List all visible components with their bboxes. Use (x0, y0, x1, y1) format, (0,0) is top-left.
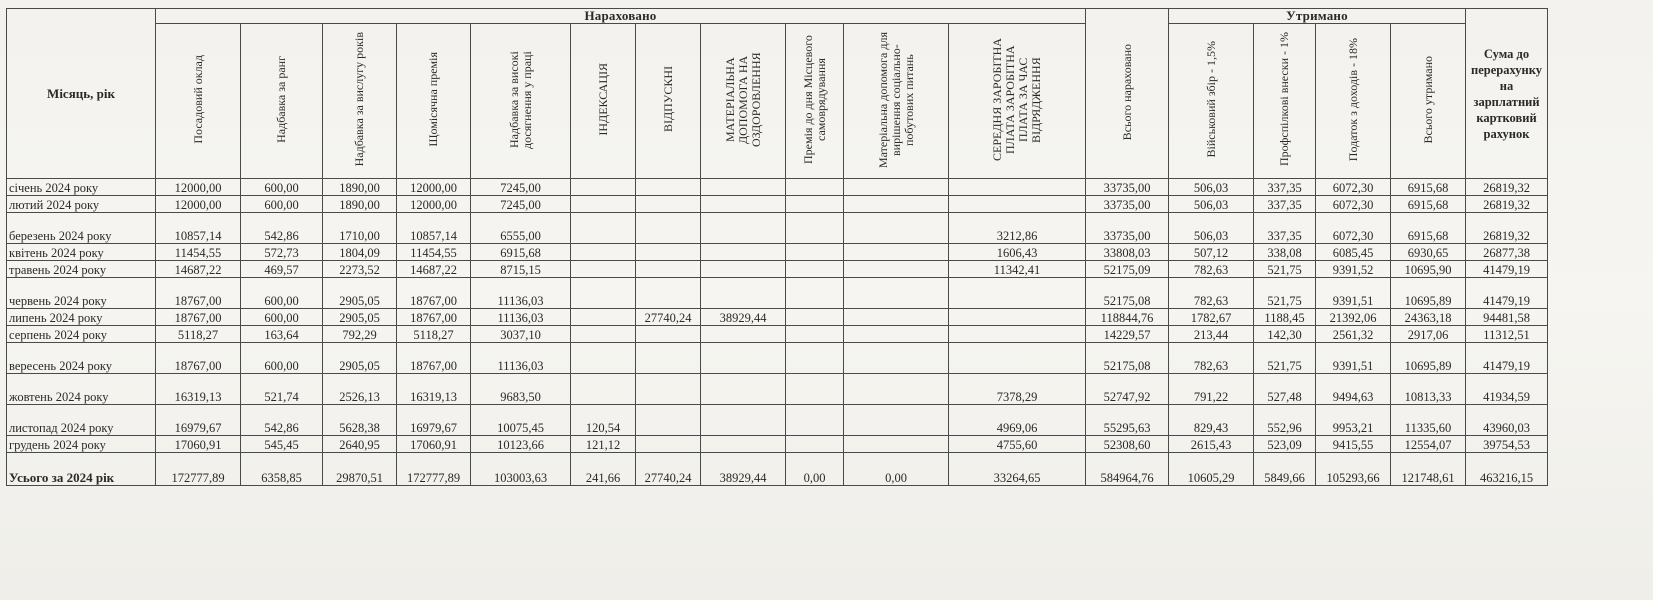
table-cell: 6072,30 (1316, 179, 1391, 196)
header-high-achievement-bonus: Надбавка за високі досягнення у праці (471, 24, 571, 179)
table-cell (844, 179, 949, 196)
table-cell: 33808,03 (1086, 244, 1169, 261)
header-group-accrued: Нараховано (156, 9, 1086, 24)
header-net-to-card: Сума до перерахунку на зарплатний картко… (1466, 9, 1548, 179)
table-cell: 8715,15 (471, 261, 571, 278)
table-cell: 2905,05 (323, 309, 397, 326)
table-cell: 2905,05 (323, 343, 397, 374)
total-cell: 0,00 (844, 453, 949, 486)
table-cell: 5628,38 (323, 405, 397, 436)
table-cell: 6915,68 (1391, 196, 1466, 213)
table-cell (571, 343, 636, 374)
header-union-dues: Профспілкові внески - 1% (1254, 24, 1316, 179)
table-cell: 600,00 (241, 278, 323, 309)
table-cell (701, 179, 786, 196)
table-cell (786, 374, 844, 405)
table-cell (844, 309, 949, 326)
total-cell: 5849,66 (1254, 453, 1316, 486)
table-cell: 782,63 (1169, 261, 1254, 278)
table-cell: 11454,55 (156, 244, 241, 261)
table-cell (636, 244, 701, 261)
table-cell (786, 179, 844, 196)
table-cell (786, 326, 844, 343)
table-cell: 27740,24 (636, 309, 701, 326)
table-cell (844, 278, 949, 309)
table-cell: 10123,66 (471, 436, 571, 453)
total-cell: 172777,89 (397, 453, 471, 486)
table-cell: 521,75 (1254, 343, 1316, 374)
table-cell (786, 436, 844, 453)
total-cell: 463216,15 (1466, 453, 1548, 486)
table-cell: 18767,00 (156, 309, 241, 326)
table-cell: 6072,30 (1316, 213, 1391, 244)
table-cell: 10695,89 (1391, 343, 1466, 374)
table-cell (571, 261, 636, 278)
table-cell: 10813,33 (1391, 374, 1466, 405)
table-cell: 9391,51 (1316, 278, 1391, 309)
table-cell (636, 436, 701, 453)
table-cell: 6072,30 (1316, 196, 1391, 213)
table-cell: 121,12 (571, 436, 636, 453)
table-cell: 213,44 (1169, 326, 1254, 343)
table-cell: 469,57 (241, 261, 323, 278)
table-cell: 523,09 (1254, 436, 1316, 453)
table-row: квітень 2024 року11454,55572,731804,0911… (7, 244, 1548, 261)
table-cell (786, 278, 844, 309)
table-cell: 507,12 (1169, 244, 1254, 261)
table-cell (636, 374, 701, 405)
table-row: травень 2024 року14687,22469,572273,5214… (7, 261, 1548, 278)
table-cell (701, 244, 786, 261)
table-cell (786, 261, 844, 278)
table-cell (701, 326, 786, 343)
table-cell: 18767,00 (156, 278, 241, 309)
row-month-label: липень 2024 року (7, 309, 156, 326)
row-month-label: листопад 2024 року (7, 405, 156, 436)
table-cell: 2615,43 (1169, 436, 1254, 453)
table-row: вересень 2024 року18767,00600,002905,051… (7, 343, 1548, 374)
table-cell: 24363,18 (1391, 309, 1466, 326)
table-cell: 6915,68 (1391, 213, 1466, 244)
table-cell: 542,86 (241, 213, 323, 244)
table-cell (844, 244, 949, 261)
table-cell (844, 326, 949, 343)
row-month-label: лютий 2024 року (7, 196, 156, 213)
total-row: Усього за 2024 рік172777,896358,8529870,… (7, 453, 1548, 486)
table-cell: 52175,08 (1086, 343, 1169, 374)
table-cell: 142,30 (1254, 326, 1316, 343)
header-total-withheld: Всього утримано (1391, 24, 1466, 179)
table-cell (786, 343, 844, 374)
table-cell (949, 309, 1086, 326)
header-social-aid: Матеріальна допомога для вирішення соціа… (844, 24, 949, 179)
table-cell: 33735,00 (1086, 196, 1169, 213)
table-cell (844, 196, 949, 213)
table-row: грудень 2024 року17060,91545,452640,9517… (7, 436, 1548, 453)
row-month-label: серпень 2024 року (7, 326, 156, 343)
table-cell: 1890,00 (323, 179, 397, 196)
row-month-label: березень 2024 року (7, 213, 156, 244)
table-cell: 33735,00 (1086, 213, 1169, 244)
total-cell: 121748,61 (1391, 453, 1466, 486)
total-cell: 103003,63 (471, 453, 571, 486)
table-cell: 1782,67 (1169, 309, 1254, 326)
table-cell: 521,74 (241, 374, 323, 405)
table-cell (786, 405, 844, 436)
table-cell (949, 179, 1086, 196)
table-cell: 94481,58 (1466, 309, 1548, 326)
table-cell (571, 196, 636, 213)
table-cell: 16979,67 (397, 405, 471, 436)
header-income-tax: Податок з доходів - 18% (1316, 24, 1391, 179)
table-cell: 11136,03 (471, 309, 571, 326)
table-cell: 118844,76 (1086, 309, 1169, 326)
table-cell: 11335,60 (1391, 405, 1466, 436)
table-cell: 38929,44 (701, 309, 786, 326)
table-cell (636, 213, 701, 244)
table-cell: 791,22 (1169, 374, 1254, 405)
payroll-table-body: січень 2024 року12000,00600,001890,00120… (7, 179, 1548, 486)
table-cell (701, 261, 786, 278)
table-cell: 163,64 (241, 326, 323, 343)
table-cell: 4969,06 (949, 405, 1086, 436)
table-row: червень 2024 року18767,00600,002905,0518… (7, 278, 1548, 309)
row-month-label: квітень 2024 року (7, 244, 156, 261)
table-cell (949, 196, 1086, 213)
total-cell: 27740,24 (636, 453, 701, 486)
table-cell: 6915,68 (1391, 179, 1466, 196)
payroll-table: Місяць, рік Нараховано Всього нараховано… (6, 8, 1548, 486)
table-cell: 14229,57 (1086, 326, 1169, 343)
table-row: листопад 2024 року16979,67542,865628,381… (7, 405, 1548, 436)
header-base-salary: Посадовий оклад (156, 24, 241, 179)
table-cell: 18767,00 (156, 343, 241, 374)
table-cell: 11136,03 (471, 343, 571, 374)
header-health-aid: МАТЕРІАЛЬНА ДОПОМОГА НА ОЗДОРОВЛЕННЯ (701, 24, 786, 179)
table-cell: 39754,53 (1466, 436, 1548, 453)
table-cell: 506,03 (1169, 179, 1254, 196)
row-month-label: вересень 2024 року (7, 343, 156, 374)
table-row: жовтень 2024 року16319,13521,742526,1316… (7, 374, 1548, 405)
table-cell: 41934,59 (1466, 374, 1548, 405)
table-cell: 600,00 (241, 309, 323, 326)
header-indexation: ІНДЕКСАЦІЯ (571, 24, 636, 179)
total-cell: 29870,51 (323, 453, 397, 486)
table-cell: 2640,95 (323, 436, 397, 453)
table-cell: 17060,91 (156, 436, 241, 453)
table-cell: 7378,29 (949, 374, 1086, 405)
table-cell: 11136,03 (471, 278, 571, 309)
table-cell: 792,29 (323, 326, 397, 343)
table-cell: 21392,06 (1316, 309, 1391, 326)
table-cell (636, 326, 701, 343)
table-cell: 17060,91 (397, 436, 471, 453)
table-cell: 829,43 (1169, 405, 1254, 436)
table-cell (949, 326, 1086, 343)
table-cell: 26877,38 (1466, 244, 1548, 261)
header-local-gov-day-premium: Премія до дня Місцевого самоврядування (786, 24, 844, 179)
table-cell: 52175,09 (1086, 261, 1169, 278)
table-row: лютий 2024 року12000,00600,001890,001200… (7, 196, 1548, 213)
table-cell: 3212,86 (949, 213, 1086, 244)
table-cell: 11454,55 (397, 244, 471, 261)
table-row: серпень 2024 року5118,27163,64792,295118… (7, 326, 1548, 343)
table-cell: 33735,00 (1086, 179, 1169, 196)
table-cell (571, 179, 636, 196)
table-cell: 782,63 (1169, 343, 1254, 374)
table-cell (701, 213, 786, 244)
table-cell: 2526,13 (323, 374, 397, 405)
table-cell (844, 436, 949, 453)
table-cell (701, 278, 786, 309)
table-cell: 2917,06 (1391, 326, 1466, 343)
total-cell: 33264,65 (949, 453, 1086, 486)
table-cell: 5118,27 (397, 326, 471, 343)
header-military-levy: Військовий збір - 1,5% (1169, 24, 1254, 179)
table-cell: 18767,00 (397, 278, 471, 309)
table-cell: 26819,32 (1466, 196, 1548, 213)
table-cell: 52747,92 (1086, 374, 1169, 405)
table-cell: 521,75 (1254, 261, 1316, 278)
table-cell: 12000,00 (397, 179, 471, 196)
table-cell: 542,86 (241, 405, 323, 436)
table-cell (701, 374, 786, 405)
table-cell (636, 343, 701, 374)
table-cell: 1188,45 (1254, 309, 1316, 326)
table-cell: 572,73 (241, 244, 323, 261)
total-row-label: Усього за 2024 рік (7, 453, 156, 486)
table-cell: 52175,08 (1086, 278, 1169, 309)
table-cell: 9415,55 (1316, 436, 1391, 453)
table-cell (844, 405, 949, 436)
row-month-label: травень 2024 року (7, 261, 156, 278)
table-cell: 18767,00 (397, 309, 471, 326)
total-cell: 172777,89 (156, 453, 241, 486)
table-cell: 506,03 (1169, 196, 1254, 213)
row-month-label: червень 2024 року (7, 278, 156, 309)
table-cell: 552,96 (1254, 405, 1316, 436)
table-cell: 2905,05 (323, 278, 397, 309)
table-cell: 600,00 (241, 196, 323, 213)
total-cell: 0,00 (786, 453, 844, 486)
header-monthly-premium: Щомісячна премія (397, 24, 471, 179)
table-cell (636, 179, 701, 196)
table-cell: 52308,60 (1086, 436, 1169, 453)
table-cell: 338,08 (1254, 244, 1316, 261)
table-cell (701, 343, 786, 374)
table-cell (844, 213, 949, 244)
table-cell: 10075,45 (471, 405, 571, 436)
table-cell: 1890,00 (323, 196, 397, 213)
header-rank-bonus: Надбавка за ранг (241, 24, 323, 179)
table-cell: 26819,32 (1466, 213, 1548, 244)
table-cell: 120,54 (571, 405, 636, 436)
table-cell: 527,48 (1254, 374, 1316, 405)
table-cell (844, 374, 949, 405)
table-cell: 11312,51 (1466, 326, 1548, 343)
table-cell: 9683,50 (471, 374, 571, 405)
table-cell: 41479,19 (1466, 278, 1548, 309)
table-cell (701, 196, 786, 213)
table-cell: 9953,21 (1316, 405, 1391, 436)
table-cell (786, 244, 844, 261)
table-cell: 16319,13 (156, 374, 241, 405)
table-cell: 337,35 (1254, 179, 1316, 196)
table-cell: 337,35 (1254, 196, 1316, 213)
table-cell: 1710,00 (323, 213, 397, 244)
table-cell (571, 244, 636, 261)
table-cell (786, 196, 844, 213)
table-cell: 9494,63 (1316, 374, 1391, 405)
table-cell (786, 213, 844, 244)
table-cell: 12554,07 (1391, 436, 1466, 453)
row-month-label: січень 2024 року (7, 179, 156, 196)
header-seniority-bonus: Надбавка за вислугу років (323, 24, 397, 179)
header-business-trip-avg-pay: СЕРЕДНЯ ЗАРОБІТНА ПЛАТА ЗАРОБІТНА ПЛАТА … (949, 24, 1086, 179)
table-cell: 2273,52 (323, 261, 397, 278)
table-cell: 41479,19 (1466, 261, 1548, 278)
total-cell: 6358,85 (241, 453, 323, 486)
table-cell (571, 309, 636, 326)
table-cell: 9391,52 (1316, 261, 1391, 278)
table-cell: 14687,22 (397, 261, 471, 278)
table-cell: 12000,00 (397, 196, 471, 213)
total-cell: 38929,44 (701, 453, 786, 486)
table-cell: 545,45 (241, 436, 323, 453)
table-cell: 1804,09 (323, 244, 397, 261)
table-cell: 41479,19 (1466, 343, 1548, 374)
row-month-label: грудень 2024 року (7, 436, 156, 453)
table-cell (571, 326, 636, 343)
table-cell (571, 213, 636, 244)
table-cell: 55295,63 (1086, 405, 1169, 436)
table-cell: 6915,68 (471, 244, 571, 261)
header-group-withheld: Утримано (1169, 9, 1466, 24)
table-cell: 7245,00 (471, 179, 571, 196)
table-cell (571, 374, 636, 405)
table-cell: 6555,00 (471, 213, 571, 244)
table-row: березень 2024 року10857,14542,861710,001… (7, 213, 1548, 244)
table-cell: 12000,00 (156, 179, 241, 196)
total-cell: 105293,66 (1316, 453, 1391, 486)
total-cell: 10605,29 (1169, 453, 1254, 486)
table-cell (636, 196, 701, 213)
header-vacation-pay: ВІДПУСКНІ (636, 24, 701, 179)
payroll-document-page: Місяць, рік Нараховано Всього нараховано… (0, 0, 1653, 600)
total-cell: 584964,76 (1086, 453, 1169, 486)
table-cell: 43960,03 (1466, 405, 1548, 436)
total-cell: 241,66 (571, 453, 636, 486)
table-cell: 10695,90 (1391, 261, 1466, 278)
table-cell: 12000,00 (156, 196, 241, 213)
header-total-accrued: Всього нараховано (1086, 9, 1169, 179)
table-cell: 337,35 (1254, 213, 1316, 244)
table-cell: 4755,60 (949, 436, 1086, 453)
table-cell: 6930,65 (1391, 244, 1466, 261)
table-row: липень 2024 року18767,00600,002905,05187… (7, 309, 1548, 326)
table-cell: 5118,27 (156, 326, 241, 343)
header-month: Місяць, рік (7, 9, 156, 179)
table-cell: 782,63 (1169, 278, 1254, 309)
table-cell: 521,75 (1254, 278, 1316, 309)
table-cell: 600,00 (241, 179, 323, 196)
table-cell (701, 436, 786, 453)
table-cell (786, 309, 844, 326)
table-cell: 1606,43 (949, 244, 1086, 261)
table-cell: 506,03 (1169, 213, 1254, 244)
table-cell: 7245,00 (471, 196, 571, 213)
table-cell: 14687,22 (156, 261, 241, 278)
table-cell: 26819,32 (1466, 179, 1548, 196)
table-cell: 10857,14 (156, 213, 241, 244)
table-cell: 16979,67 (156, 405, 241, 436)
table-cell: 2561,32 (1316, 326, 1391, 343)
table-cell: 6085,45 (1316, 244, 1391, 261)
table-row: січень 2024 року12000,00600,001890,00120… (7, 179, 1548, 196)
table-cell (636, 405, 701, 436)
table-cell (636, 278, 701, 309)
table-cell (949, 278, 1086, 309)
table-cell: 10695,89 (1391, 278, 1466, 309)
table-cell: 600,00 (241, 343, 323, 374)
table-cell (571, 278, 636, 309)
table-cell (949, 343, 1086, 374)
table-cell (701, 405, 786, 436)
table-cell: 18767,00 (397, 343, 471, 374)
table-cell (844, 261, 949, 278)
table-cell (636, 261, 701, 278)
row-month-label: жовтень 2024 року (7, 374, 156, 405)
table-cell: 3037,10 (471, 326, 571, 343)
table-cell (844, 343, 949, 374)
table-cell: 10857,14 (397, 213, 471, 244)
table-cell: 11342,41 (949, 261, 1086, 278)
table-cell: 9391,51 (1316, 343, 1391, 374)
table-cell: 16319,13 (397, 374, 471, 405)
